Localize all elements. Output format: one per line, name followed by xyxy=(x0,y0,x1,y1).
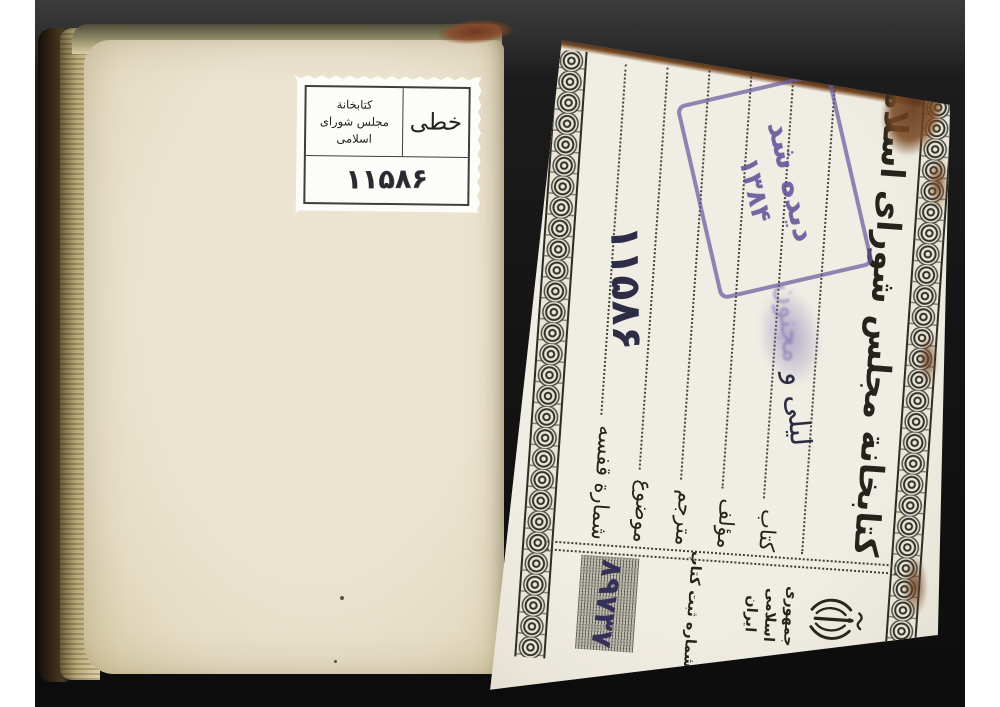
registration-label: شماره ثبت کتاب xyxy=(680,550,704,668)
field-label: شمارة قفسه xyxy=(587,415,620,541)
sticker-top-row: خطی كتابخانة مجلس شورای اسلامی xyxy=(306,87,469,158)
field-label: کتاب xyxy=(754,498,782,552)
library-name-line: مجلس شورای xyxy=(320,113,389,131)
field-label: مؤلف xyxy=(712,488,740,550)
stamp-text: دیده شد xyxy=(760,117,823,245)
handwriting-smudged: مجنون xyxy=(770,282,811,364)
manuscript-number: ۱۱۵۸۶ xyxy=(305,157,467,204)
handwritten-shelf-number: ۱۱۵۸۶ xyxy=(601,225,651,351)
field-label: موضوع xyxy=(629,469,658,544)
paper-damage-spot xyxy=(927,155,949,211)
library-name-line: كتابخانة xyxy=(337,97,373,114)
right-page: كتابخانة مجلس شورای اسلامی کتاب مؤلف متر… xyxy=(480,35,962,695)
handwriting-clear: لیلی و xyxy=(778,370,818,447)
ink-dot xyxy=(340,596,344,600)
sticker-grid: خطی كتابخانة مجلس شورای اسلامی ۱۱۵۸۶ xyxy=(303,85,470,206)
registration-number-box: ۸۹۷۳۷ xyxy=(575,555,639,653)
book-scan-photo: خطی كتابخانة مجلس شورای اسلامی ۱۱۵۸۶ كتا… xyxy=(0,0,1000,707)
library-sticker: خطی كتابخانة مجلس شورای اسلامی ۱۱۵۸۶ xyxy=(292,75,482,216)
registration-number-handwritten: ۸۹۷۳۷ xyxy=(584,557,630,649)
library-name-line: اسلامی xyxy=(336,130,372,147)
library-name: كتابخانة مجلس شورای اسلامی xyxy=(306,87,403,157)
field-label: مترجم xyxy=(670,479,699,547)
iran-emblem-icon xyxy=(801,588,867,650)
paper-damage-spot xyxy=(918,335,938,385)
ink-dot xyxy=(334,660,337,663)
left-page: خطی كتابخانة مجلس شورای اسلامی ۱۱۵۸۶ xyxy=(38,24,508,688)
paper-damage-spot xyxy=(902,555,928,617)
manuscript-type-label: خطی xyxy=(402,88,469,157)
